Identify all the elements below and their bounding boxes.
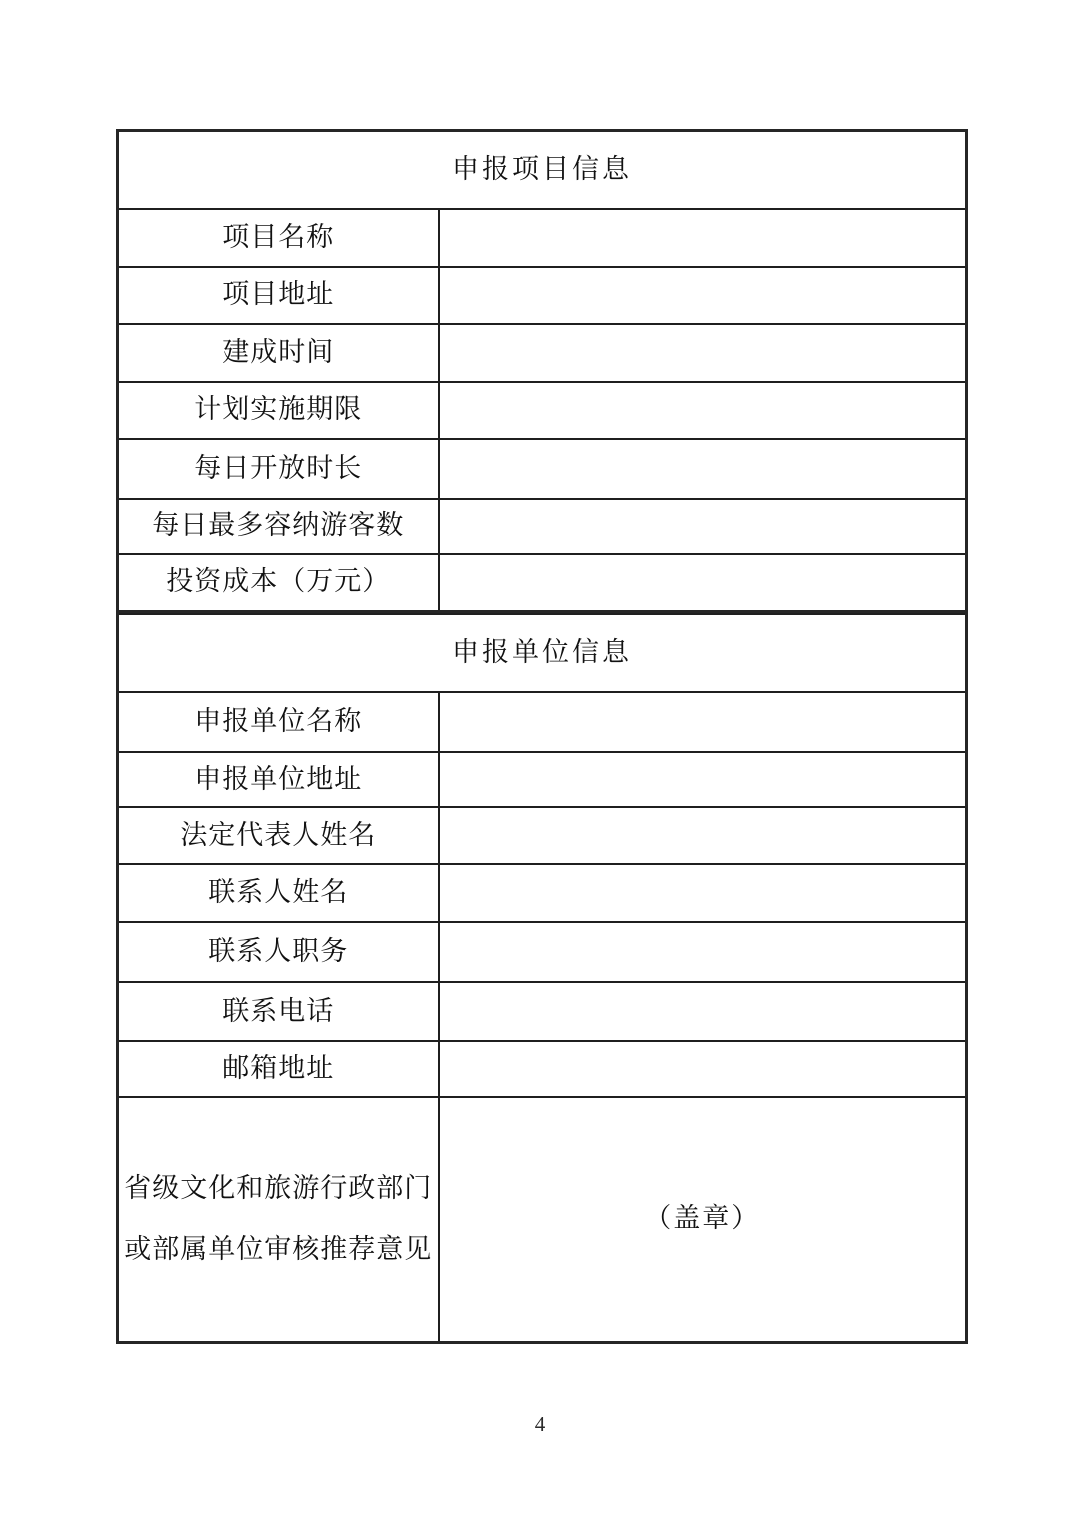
table-row: 联系人职务 <box>118 922 967 982</box>
label-max-daily-visitors: 每日最多容纳游客数 <box>118 499 439 554</box>
input-max-daily-visitors[interactable] <box>439 499 967 554</box>
label-provincial-review-opinion-line2: 或部属单位审核推荐意见 <box>119 1219 438 1281</box>
input-project-address[interactable] <box>439 267 967 324</box>
table-row: 项目名称 <box>118 209 967 267</box>
document-page: 申报项目信息 项目名称 项目地址 建成时间 计划实施期限 每日开放时长 <box>0 0 1080 1528</box>
table-row: 法定代表人姓名 <box>118 807 967 864</box>
page-number: 4 <box>0 1412 1080 1437</box>
table-row: 省级文化和旅游行政部门 或部属单位审核推荐意见 （盖章） <box>118 1097 967 1342</box>
label-contact-position: 联系人职务 <box>118 922 439 982</box>
input-project-name[interactable] <box>439 209 967 267</box>
table-row: 联系人姓名 <box>118 864 967 922</box>
section-title-project: 申报项目信息 <box>118 131 967 209</box>
form-tables: 申报项目信息 项目名称 项目地址 建成时间 计划实施期限 每日开放时长 <box>116 129 965 1344</box>
table-row: 申报项目信息 <box>118 131 967 209</box>
label-provincial-review-opinion: 省级文化和旅游行政部门 或部属单位审核推荐意见 <box>118 1097 439 1342</box>
input-contact-position[interactable] <box>439 922 967 982</box>
label-planned-implementation-period: 计划实施期限 <box>118 382 439 439</box>
input-contact-phone[interactable] <box>439 982 967 1041</box>
table-row: 每日最多容纳游客数 <box>118 499 967 554</box>
label-investment-cost: 投资成本（万元） <box>118 554 439 612</box>
input-contact-name[interactable] <box>439 864 967 922</box>
table-row: 每日开放时长 <box>118 439 967 499</box>
label-provincial-review-opinion-line1: 省级文化和旅游行政部门 <box>119 1158 438 1220</box>
input-applicant-name[interactable] <box>439 692 967 752</box>
input-completion-time[interactable] <box>439 324 967 382</box>
label-completion-time: 建成时间 <box>118 324 439 382</box>
table-row: 建成时间 <box>118 324 967 382</box>
input-email-address[interactable] <box>439 1041 967 1097</box>
label-daily-opening-hours: 每日开放时长 <box>118 439 439 499</box>
table-row: 申报单位信息 <box>118 614 967 692</box>
table-row: 项目地址 <box>118 267 967 324</box>
label-contact-name: 联系人姓名 <box>118 864 439 922</box>
table-row: 投资成本（万元） <box>118 554 967 612</box>
project-info-table: 申报项目信息 项目名称 项目地址 建成时间 计划实施期限 每日开放时长 <box>116 129 968 613</box>
section-title-applicant: 申报单位信息 <box>118 614 967 692</box>
input-applicant-address[interactable] <box>439 752 967 807</box>
table-row: 申报单位地址 <box>118 752 967 807</box>
input-planned-implementation-period[interactable] <box>439 382 967 439</box>
label-contact-phone: 联系电话 <box>118 982 439 1041</box>
label-email-address: 邮箱地址 <box>118 1041 439 1097</box>
table-row: 申报单位名称 <box>118 692 967 752</box>
label-legal-representative-name: 法定代表人姓名 <box>118 807 439 864</box>
label-project-name: 项目名称 <box>118 209 439 267</box>
input-daily-opening-hours[interactable] <box>439 439 967 499</box>
label-project-address: 项目地址 <box>118 267 439 324</box>
label-applicant-address: 申报单位地址 <box>118 752 439 807</box>
applicant-info-table: 申报单位信息 申报单位名称 申报单位地址 法定代表人姓名 联系人姓名 联系人职务 <box>116 613 968 1344</box>
stamp-area[interactable]: （盖章） <box>439 1097 967 1342</box>
label-applicant-name: 申报单位名称 <box>118 692 439 752</box>
table-row: 联系电话 <box>118 982 967 1041</box>
input-legal-representative-name[interactable] <box>439 807 967 864</box>
table-row: 计划实施期限 <box>118 382 967 439</box>
input-investment-cost[interactable] <box>439 554 967 612</box>
table-row: 邮箱地址 <box>118 1041 967 1097</box>
